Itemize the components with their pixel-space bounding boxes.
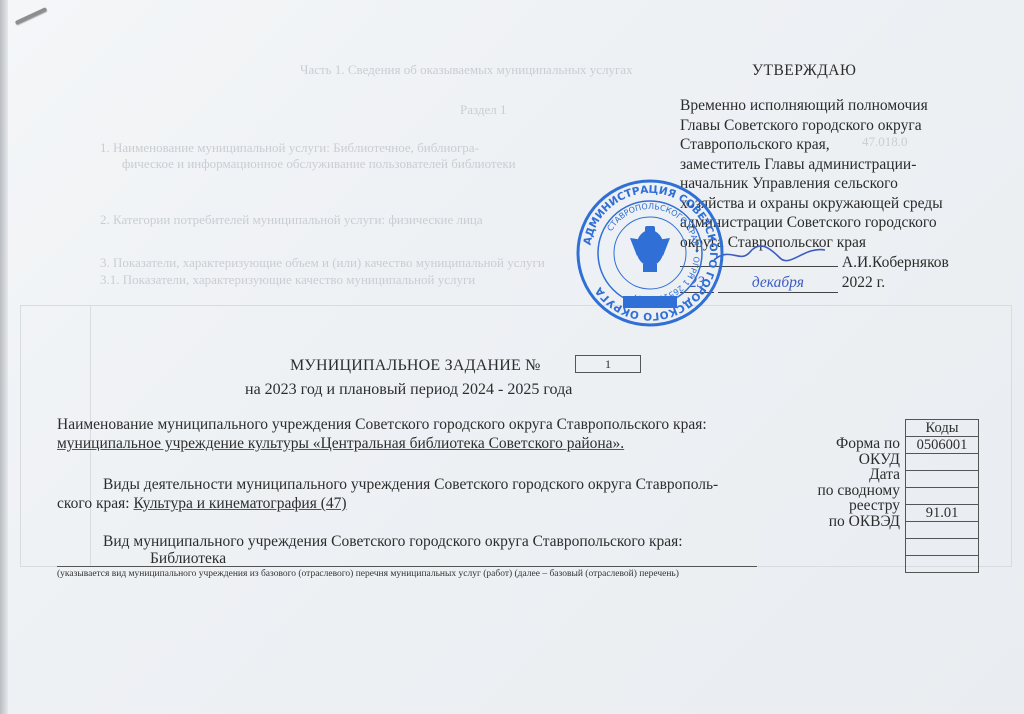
type-label: Вид муниципального учреждения Советского… (103, 533, 683, 551)
approval-line: хозяйства и охраны окружающей среды (680, 194, 990, 214)
okved-code: 91.01 (906, 505, 978, 522)
activity-label: Виды деятельности муниципального учрежде… (103, 476, 718, 494)
approval-block: Временно исполняющий полномочия Главы Со… (680, 96, 990, 293)
approval-line: администрации Советского городского (680, 213, 990, 233)
signature-row: А.И.Коберняков (680, 252, 990, 273)
blank-cell (906, 539, 978, 556)
document-title: МУНИЦИПАЛЬНОЕ ЗАДАНИЕ № (290, 357, 541, 375)
okud-code: 0506001 (906, 437, 978, 454)
institution-name-label: Наименование муниципального учреждения С… (57, 416, 707, 434)
bleed-item1b: фическое и информационное обслуживание п… (122, 156, 516, 172)
stamp-seal-icon: АДМИНИСТРАЦИЯ СОВЕТСКОГО ГОРОДСКОГО ОКРУ… (575, 178, 725, 328)
bleed-item2: 2. Категории потребителей муниципальной … (100, 212, 483, 228)
bleed-item3: 3. Показатели, характеризующие объем и (… (100, 255, 545, 271)
bleed-item31: 3.1. Показатели, характеризующие качеств… (100, 272, 475, 288)
approval-line: Главы Советского городского округа (680, 116, 990, 136)
handwritten-signature (710, 244, 830, 266)
task-number-box: 1 (575, 355, 641, 373)
registry-cell (906, 488, 978, 505)
activity-label-cont: ского края: Культура и кинематография (4… (57, 495, 347, 513)
activity-value: Культура и кинематография (47) (133, 495, 346, 512)
bleed-part-title: Часть 1. Сведения об оказываемых муницип… (300, 62, 633, 78)
approval-line: начальник Управления сельского (680, 174, 990, 194)
type-note: (указывается вид муниципального учрежден… (57, 569, 679, 579)
okved-label: по ОКВЭД (790, 514, 900, 530)
date-row: 23 декабря 2022 г. (680, 273, 990, 294)
codes-header: Коды (906, 420, 978, 437)
document-period: на 2023 год и плановый период 2024 - 202… (245, 381, 572, 399)
blank-cell (906, 556, 978, 572)
blank-cell (906, 522, 978, 539)
page-edge-shadow (0, 0, 8, 714)
approval-line: заместитель Главы администрации- (680, 155, 990, 175)
date-label: Дата (790, 467, 900, 483)
form-okud-label: Форма по (790, 436, 900, 452)
codes-labels: Форма по ОКУД Дата по сводному реестру п… (790, 436, 900, 529)
approval-line: Временно исполняющий полномочия (680, 96, 990, 116)
blank-cell (906, 454, 978, 471)
institution-name-value: муниципальное учреждение культуры «Центр… (57, 435, 624, 453)
date-cell (906, 471, 978, 488)
codes-table: Коды 0506001 91.01 (905, 419, 979, 573)
staple (15, 7, 48, 25)
official-stamp: АДМИНИСТРАЦИЯ СОВЕТСКОГО ГОРОДСКОГО ОКРУ… (575, 178, 725, 328)
date-year: 2022 г. (842, 274, 885, 291)
approval-line: Ставропольского края, (680, 135, 990, 155)
bleed-item1a: 1. Наименование муниципальной услуги: Би… (100, 140, 479, 156)
registry-label: по сводному (790, 483, 900, 499)
bleed-section: Раздел 1 (460, 102, 507, 118)
date-month: декабря (718, 273, 838, 294)
signatory-name: А.И.Коберняков (842, 254, 949, 271)
type-underline (57, 566, 757, 567)
approval-title: УТВЕРЖДАЮ (752, 62, 856, 80)
